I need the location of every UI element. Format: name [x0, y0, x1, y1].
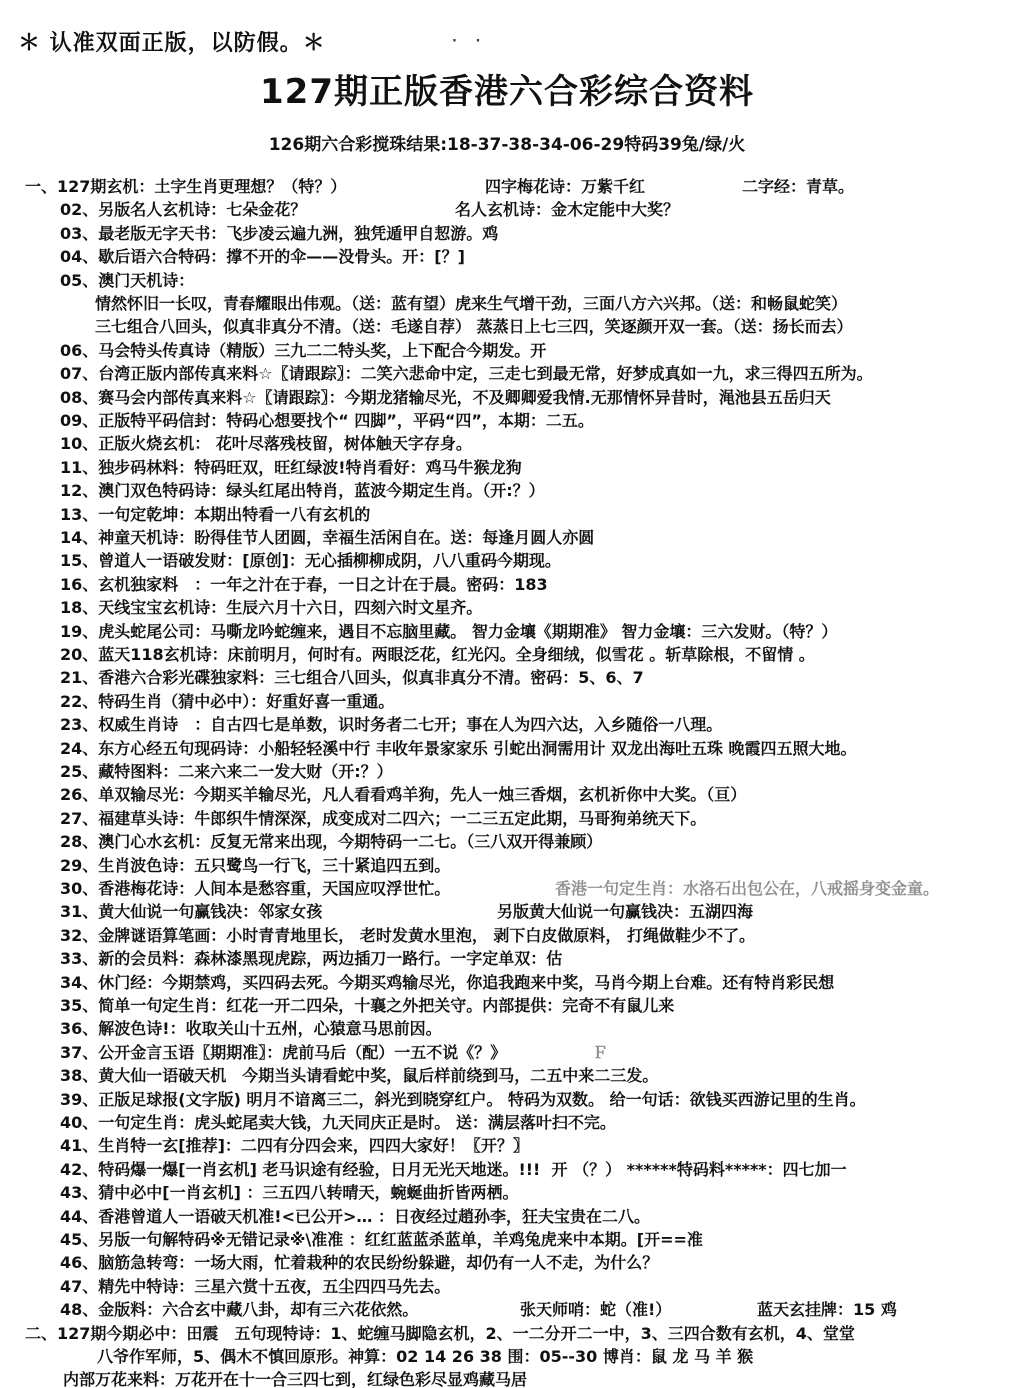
text-segment: 二字经：青草。: [742, 176, 854, 198]
text-segment: 香港一句定生肖：水洛石出包公在，八戒摇身变金童。: [555, 878, 939, 900]
line-41: 41、生肖特一玄[推荐]：二四有分四会来，四四大家好！〖开？〗: [0, 1135, 1014, 1158]
line-31: 31、黄大仙说一句赢钱决：邻家女孩另版黄大仙说一句赢钱决：五湖四海: [0, 901, 1014, 924]
text-segment: 38、黄大仙一语破天机 今期当头请看蛇中奖，鼠后样前绕到马，二五中来二三发。: [60, 1065, 658, 1087]
text-segment: 37、公开金言玉语〖期期准〗：虎前马后（配）一五不说《？》: [60, 1042, 506, 1064]
text-segment: 张天师哨：蛇（准!）: [520, 1299, 671, 1321]
line-18: 18、天线宝宝玄机诗：生辰六月十六日，四刻六时文星齐。: [0, 597, 1014, 620]
line-30: 30、香港梅花诗：人间本是愁容重，天国应叹浮世忙。香港一句定生肖：水洛石出包公在…: [0, 878, 1014, 901]
previous-draw-result: 126期六合彩搅珠结果:18-37-38-34-06-29特码39兔/绿/火: [0, 130, 1014, 155]
text-segment: 二、127期今期必中：田震 五句现特诗：1、蛇缠马脚隐玄机，2、一二分开二一中，…: [25, 1323, 855, 1345]
line-sec2-wanhua: 内部万花来料：万花开在十一合三四七到，红绿色彩尽显鸡藏马居: [0, 1369, 1014, 1388]
line-sec2-bizhong: 二、127期今期必中：田震 五句现特诗：1、蛇缠马脚隐玄机，2、一二分开二一中，…: [0, 1323, 1014, 1346]
text-segment: 04、歇后语六合特码：撑不开的伞——没骨头。开：[？]: [60, 246, 465, 268]
text-segment: 15、曾道人一语破发财：[原创]：无心插柳柳成阴，八八重码今期现。: [60, 550, 561, 572]
text-segment: 44、香港曾道人一语破天机准!<已公开>… ：日夜经过趙孙李，狂夫宝贵在二八。: [60, 1206, 650, 1228]
text-segment: 31、黄大仙说一句赢钱决：邻家女孩: [60, 901, 322, 923]
line-25: 25、藏特图料：二来六来二一发大财（开:？）: [0, 761, 1014, 784]
text-segment: 30、香港梅花诗：人间本是愁容重，天国应叹浮世忙。: [60, 878, 450, 900]
line-48: 48、金版料：六合玄中藏八卦，却有三六花依然。张天师哨：蛇（准!）蓝天玄挂牌：1…: [0, 1299, 1014, 1322]
line-10: 10、正版火烧玄机： 花叶尽落残枝留，树体触天字存身。: [0, 433, 1014, 456]
text-segment: 10、正版火烧玄机： 花叶尽落残枝留，树体触天字存身。: [60, 433, 472, 455]
document-body: 一、127期玄机：土字生肖更理想？（特？）四字梅花诗：万紫千红二字经：青草。02…: [0, 176, 1014, 1388]
line-22: 22、特码生肖（猜中必中）：好重好喜一重通。: [0, 691, 1014, 714]
text-segment: 11、独步码林料：特码旺双，旺红绿波!特肖看好：鸡马牛猴龙狗: [60, 457, 522, 479]
line-35: 35、简单一句定生肖：红花一开二四朵，十襄之外把关守。内部提供：完奇不有鼠儿来: [0, 995, 1014, 1018]
line-05: 05、澳门天机诗：: [0, 270, 1014, 293]
line-46: 46、脑筋急转弯：一场大雨，忙着栽种的农民纷纷躲避，却仍有一人不走，为什么？: [0, 1252, 1014, 1275]
line-23: 23、权威生肖诗 ：自古四七是单数，识时务者二七开；事在人为四六达，入乡随俗一八…: [0, 714, 1014, 737]
line-29: 29、生肖波色诗：五只鹭鸟一行飞，三十紧追四五到。: [0, 855, 1014, 878]
page-title: 127期正版香港六合彩综合资料: [0, 64, 1014, 113]
text-segment: 情然怀旧一长叹，青春耀眼出伟观。（送：蓝有望）虎来生气增干劲，三面八方六兴邦。（…: [95, 293, 847, 315]
text-segment: 02、另版名人玄机诗：七朵金花？: [60, 199, 306, 221]
line-16: 16、玄机独家料 ：一年之汁在于春，一日之计在于晨。密码：183: [0, 574, 1014, 597]
text-segment: 42、特码爆一爆[一肖玄机] 老马识途有经验，日月无光天地迷。!!! 开 （？）…: [60, 1159, 847, 1181]
text-segment: 39、正版足球报(文字版) 明月不谙离三二，斜光到晓穿红户。 特码为双数。 给一…: [60, 1089, 866, 1111]
text-segment: 另版黄大仙说一句赢钱决：五湖四海: [497, 901, 753, 923]
line-27: 27、福建草头诗：牛郎织牛情深深，成变成对二四六；一二三五定此期，马哥狗弟统天下…: [0, 808, 1014, 831]
text-segment: 25、藏特图料：二来六来二一发大财（开:？）: [60, 761, 393, 783]
line-03: 03、最老版无字天书：飞步凌云遍九洲，独凭遁甲自恝游。鸡: [0, 223, 1014, 246]
text-segment: 36、解波色诗!：收取关山十五州，心猿意马思前因。: [60, 1018, 442, 1040]
text-segment: 14、神童天机诗：盼得佳节人团圆，幸福生活闲自在。送：每逢月圆人亦圆: [60, 527, 594, 549]
text-segment: 八爷作军师，5、偶木不慎回原形。神算：02 14 26 38 围：05--30 …: [97, 1346, 753, 1368]
text-segment: 24、东方心经五句现码诗：小船轻轻溪中行 丰收年景家家乐 引蛇出洞需用计 双龙出…: [60, 738, 857, 760]
text-segment: 20、蓝天118玄机诗：床前明月，何时有。两眼泛花，红光闪。全身细绒，似雪花 。…: [60, 644, 815, 666]
text-segment: 48、金版料：六合玄中藏八卦，却有三六花依然。: [60, 1299, 418, 1321]
line-20: 20、蓝天118玄机诗：床前明月，何时有。两眼泛花，红光闪。全身细绒，似雪花 。…: [0, 644, 1014, 667]
line-06: 06、马会特头传真诗（精版）三九二二特头奖，上下配合今期发。开: [0, 340, 1014, 363]
authenticity-notice: ＊ 认准双面正版，以防假。＊: [18, 26, 326, 57]
line-14: 14、神童天机诗：盼得佳节人团圆，幸福生活闲自在。送：每逢月圆人亦圆: [0, 527, 1014, 550]
line-45: 45、另版一句解特码※无错记录※\准准 ：红红蓝蓝杀蓝单，羊鸡兔虎来中本期。[开…: [0, 1229, 1014, 1252]
text-segment: 32、金牌谜语算笔画：小时青青地里长， 老时发黄水里泡， 剥下白皮做原料， 打绳…: [60, 925, 755, 947]
text-segment: 35、简单一句定生肖：红花一开二四朵，十襄之外把关守。内部提供：完奇不有鼠儿来: [60, 995, 674, 1017]
text-segment: 23、权威生肖诗 ：自古四七是单数，识时务者二七开；事在人为四六达，入乡随俗一八…: [60, 714, 722, 736]
text-segment: 内部万花来料：万花开在十一合三四七到，红绿色彩尽显鸡藏马居: [63, 1369, 527, 1388]
text-segment: 05、澳门天机诗：: [60, 270, 194, 292]
line-08: 08、赛马会内部传真来料☆〖请跟踪〗：今期龙猪输尽光，不及卿卿爱我情.无那情怀异…: [0, 387, 1014, 410]
text-segment: Ｆ: [592, 1042, 608, 1064]
line-07: 07、台湾正版内部传真来料☆〖请跟踪〗：二笑六悲命中定，三走七到最无常，好梦成真…: [0, 363, 1014, 386]
text-segment: 26、单双输尽光：今期买羊输尽光，凡人看看鸡羊狗，先人一烛三香烟，玄机祈你中大奖…: [60, 784, 746, 806]
line-04: 04、歇后语六合特码：撑不开的伞——没骨头。开：[？]: [0, 246, 1014, 269]
text-segment: 40、一句定生肖：虎头蛇尾卖大钱，九天同庆正是时。 送：满层落叶扫不完。: [60, 1112, 616, 1134]
text-segment: 08、赛马会内部传真来料☆〖请跟踪〗：今期龙猪输尽光，不及卿卿爱我情.无那情怀异…: [60, 387, 831, 409]
line-26: 26、单双输尽光：今期买羊输尽光，凡人看看鸡羊狗，先人一烛三香烟，玄机祈你中大奖…: [0, 784, 1014, 807]
line-05-verse1: 情然怀旧一长叹，青春耀眼出伟观。（送：蓝有望）虎来生气增干劲，三面八方六兴邦。（…: [0, 293, 1014, 316]
line-sec2-cont: 八爷作军师，5、偶木不慎回原形。神算：02 14 26 38 围：05--30 …: [0, 1346, 1014, 1369]
line-11: 11、独步码林料：特码旺双，旺红绿波!特肖看好：鸡马牛猴龙狗: [0, 457, 1014, 480]
line-21: 21、香港六合彩光碟独家料：三七组合八回头，似真非真分不清。密码：5、6、7: [0, 667, 1014, 690]
text-segment: 06、马会特头传真诗（精版）三九二二特头奖，上下配合今期发。开: [60, 340, 546, 362]
text-segment: 34、休门经：今期禁鸡，买四码去死。今期买鸡输尽光，你追我跑来中奖，马肖今期上台…: [60, 972, 834, 994]
line-sec1-xuanji: 一、127期玄机：土字生肖更理想？（特？）四字梅花诗：万紫千红二字经：青草。: [0, 176, 1014, 199]
text-segment: 28、澳门心水玄机：反复无常来出现，今期特码一二七。（三八双开得兼顾）: [60, 831, 602, 853]
line-28: 28、澳门心水玄机：反复无常来出现，今期特码一二七。（三八双开得兼顾）: [0, 831, 1014, 854]
text-segment: 41、生肖特一玄[推荐]：二四有分四会来，四四大家好！〖开？〗: [60, 1135, 529, 1157]
text-segment: 46、脑筋急转弯：一场大雨，忙着栽种的农民纷纷躲避，却仍有一人不走，为什么？: [60, 1252, 658, 1274]
line-47: 47、精先中特诗：三星六赏十五夜，五尘四四马先去。: [0, 1276, 1014, 1299]
line-37: 37、公开金言玉语〖期期准〗：虎前马后（配）一五不说《？》Ｆ: [0, 1042, 1014, 1065]
text-segment: 27、福建草头诗：牛郎织牛情深深，成变成对二四六；一二三五定此期，马哥狗弟统天下…: [60, 808, 706, 830]
text-segment: 22、特码生肖（猜中必中）：好重好喜一重通。: [60, 691, 394, 713]
text-segment: 蓝天玄挂牌：15 鸡: [757, 1299, 897, 1321]
line-02: 02、另版名人玄机诗：七朵金花？名人玄机诗：金木定能中大奖？: [0, 199, 1014, 222]
lottery-info-sheet: ＊ 认准双面正版，以防假。＊ · · 127期正版香港六合彩综合资料 126期六…: [0, 0, 1014, 1388]
text-segment: 07、台湾正版内部传真来料☆〖请跟踪〗：二笑六悲命中定，三走七到最无常，好梦成真…: [60, 363, 873, 385]
line-13: 13、一句定乾坤：本期出特看一八有玄机的: [0, 504, 1014, 527]
line-24: 24、东方心经五句现码诗：小船轻轻溪中行 丰收年景家家乐 引蛇出洞需用计 双龙出…: [0, 738, 1014, 761]
text-segment: 19、虎头蛇尾公司：马嘶龙吟蛇缠来，遇目不忘脑里藏。 智力金壤《期期准》 智力金…: [60, 621, 837, 643]
text-segment: 29、生肖波色诗：五只鹭鸟一行飞，三十紧追四五到。: [60, 855, 450, 877]
line-39: 39、正版足球报(文字版) 明月不谙离三二，斜光到晓穿红户。 特码为双数。 给一…: [0, 1089, 1014, 1112]
text-segment: 12、澳门双色特码诗：绿头红尾出特肖，蓝波今期定生肖。（开:？）: [60, 480, 545, 502]
text-segment: 09、正版特平码信封：特码心想要找个“ 四脚”，平码“四”，本期：二五。: [60, 410, 594, 432]
text-segment: 21、香港六合彩光碟独家料：三七组合八回头，似真非真分不清。密码：5、6、7: [60, 667, 644, 689]
text-segment: 45、另版一句解特码※无错记录※\准准 ：红红蓝蓝杀蓝单，羊鸡兔虎来中本期。[开…: [60, 1229, 703, 1251]
line-44: 44、香港曾道人一语破天机准!<已公开>… ：日夜经过趙孙李，狂夫宝贵在二八。: [0, 1206, 1014, 1229]
text-segment: 一、127期玄机：土字生肖更理想？（特？）: [25, 176, 346, 198]
line-12: 12、澳门双色特码诗：绿头红尾出特肖，蓝波今期定生肖。（开:？）: [0, 480, 1014, 503]
line-09: 09、正版特平码信封：特码心想要找个“ 四脚”，平码“四”，本期：二五。: [0, 410, 1014, 433]
line-34: 34、休门经：今期禁鸡，买四码去死。今期买鸡输尽光，你追我跑来中奖，马肖今期上台…: [0, 972, 1014, 995]
stray-dots: · ·: [452, 34, 487, 49]
text-segment: 33、新的会员料：森林漆黑现虎踪，两边插刀一路行。一字定单双：估: [60, 948, 562, 970]
line-40: 40、一句定生肖：虎头蛇尾卖大钱，九天同庆正是时。 送：满层落叶扫不完。: [0, 1112, 1014, 1135]
line-15: 15、曾道人一语破发财：[原创]：无心插柳柳成阴，八八重码今期现。: [0, 550, 1014, 573]
text-segment: 三七组合八回头，似真非真分不清。（送：毛遂自荐） 蒸蒸日上七三四，笑逐颜开双一套…: [95, 316, 853, 338]
line-38: 38、黄大仙一语破天机 今期当头请看蛇中奖，鼠后样前绕到马，二五中来二三发。: [0, 1065, 1014, 1088]
line-19: 19、虎头蛇尾公司：马嘶龙吟蛇缠来，遇目不忘脑里藏。 智力金壤《期期准》 智力金…: [0, 621, 1014, 644]
text-segment: 四字梅花诗：万紫千红: [485, 176, 645, 198]
line-32: 32、金牌谜语算笔画：小时青青地里长， 老时发黄水里泡， 剥下白皮做原料， 打绳…: [0, 925, 1014, 948]
text-segment: 名人玄机诗：金木定能中大奖？: [455, 199, 679, 221]
text-segment: 16、玄机独家料 ：一年之汁在于春，一日之计在于晨。密码：183: [60, 574, 548, 596]
text-segment: 03、最老版无字天书：飞步凌云遍九洲，独凭遁甲自恝游。鸡: [60, 223, 498, 245]
line-42: 42、特码爆一爆[一肖玄机] 老马识途有经验，日月无光天地迷。!!! 开 （？）…: [0, 1159, 1014, 1182]
text-segment: 13、一句定乾坤：本期出特看一八有玄机的: [60, 504, 370, 526]
line-05-verse2: 三七组合八回头，似真非真分不清。（送：毛遂自荐） 蒸蒸日上七三四，笑逐颜开双一套…: [0, 316, 1014, 339]
line-43: 43、猜中必中[一肖玄机] ：三五四八转晴天，蜿蜒曲折皆两栖。: [0, 1182, 1014, 1205]
text-segment: 43、猜中必中[一肖玄机] ：三五四八转晴天，蜿蜒曲折皆两栖。: [60, 1182, 518, 1204]
line-36: 36、解波色诗!：收取关山十五州，心猿意马思前因。: [0, 1018, 1014, 1041]
text-segment: 18、天线宝宝玄机诗：生辰六月十六日，四刻六时文星齐。: [60, 597, 482, 619]
text-segment: 47、精先中特诗：三星六赏十五夜，五尘四四马先去。: [60, 1276, 450, 1298]
line-33: 33、新的会员料：森林漆黑现虎踪，两边插刀一路行。一字定单双：估: [0, 948, 1014, 971]
